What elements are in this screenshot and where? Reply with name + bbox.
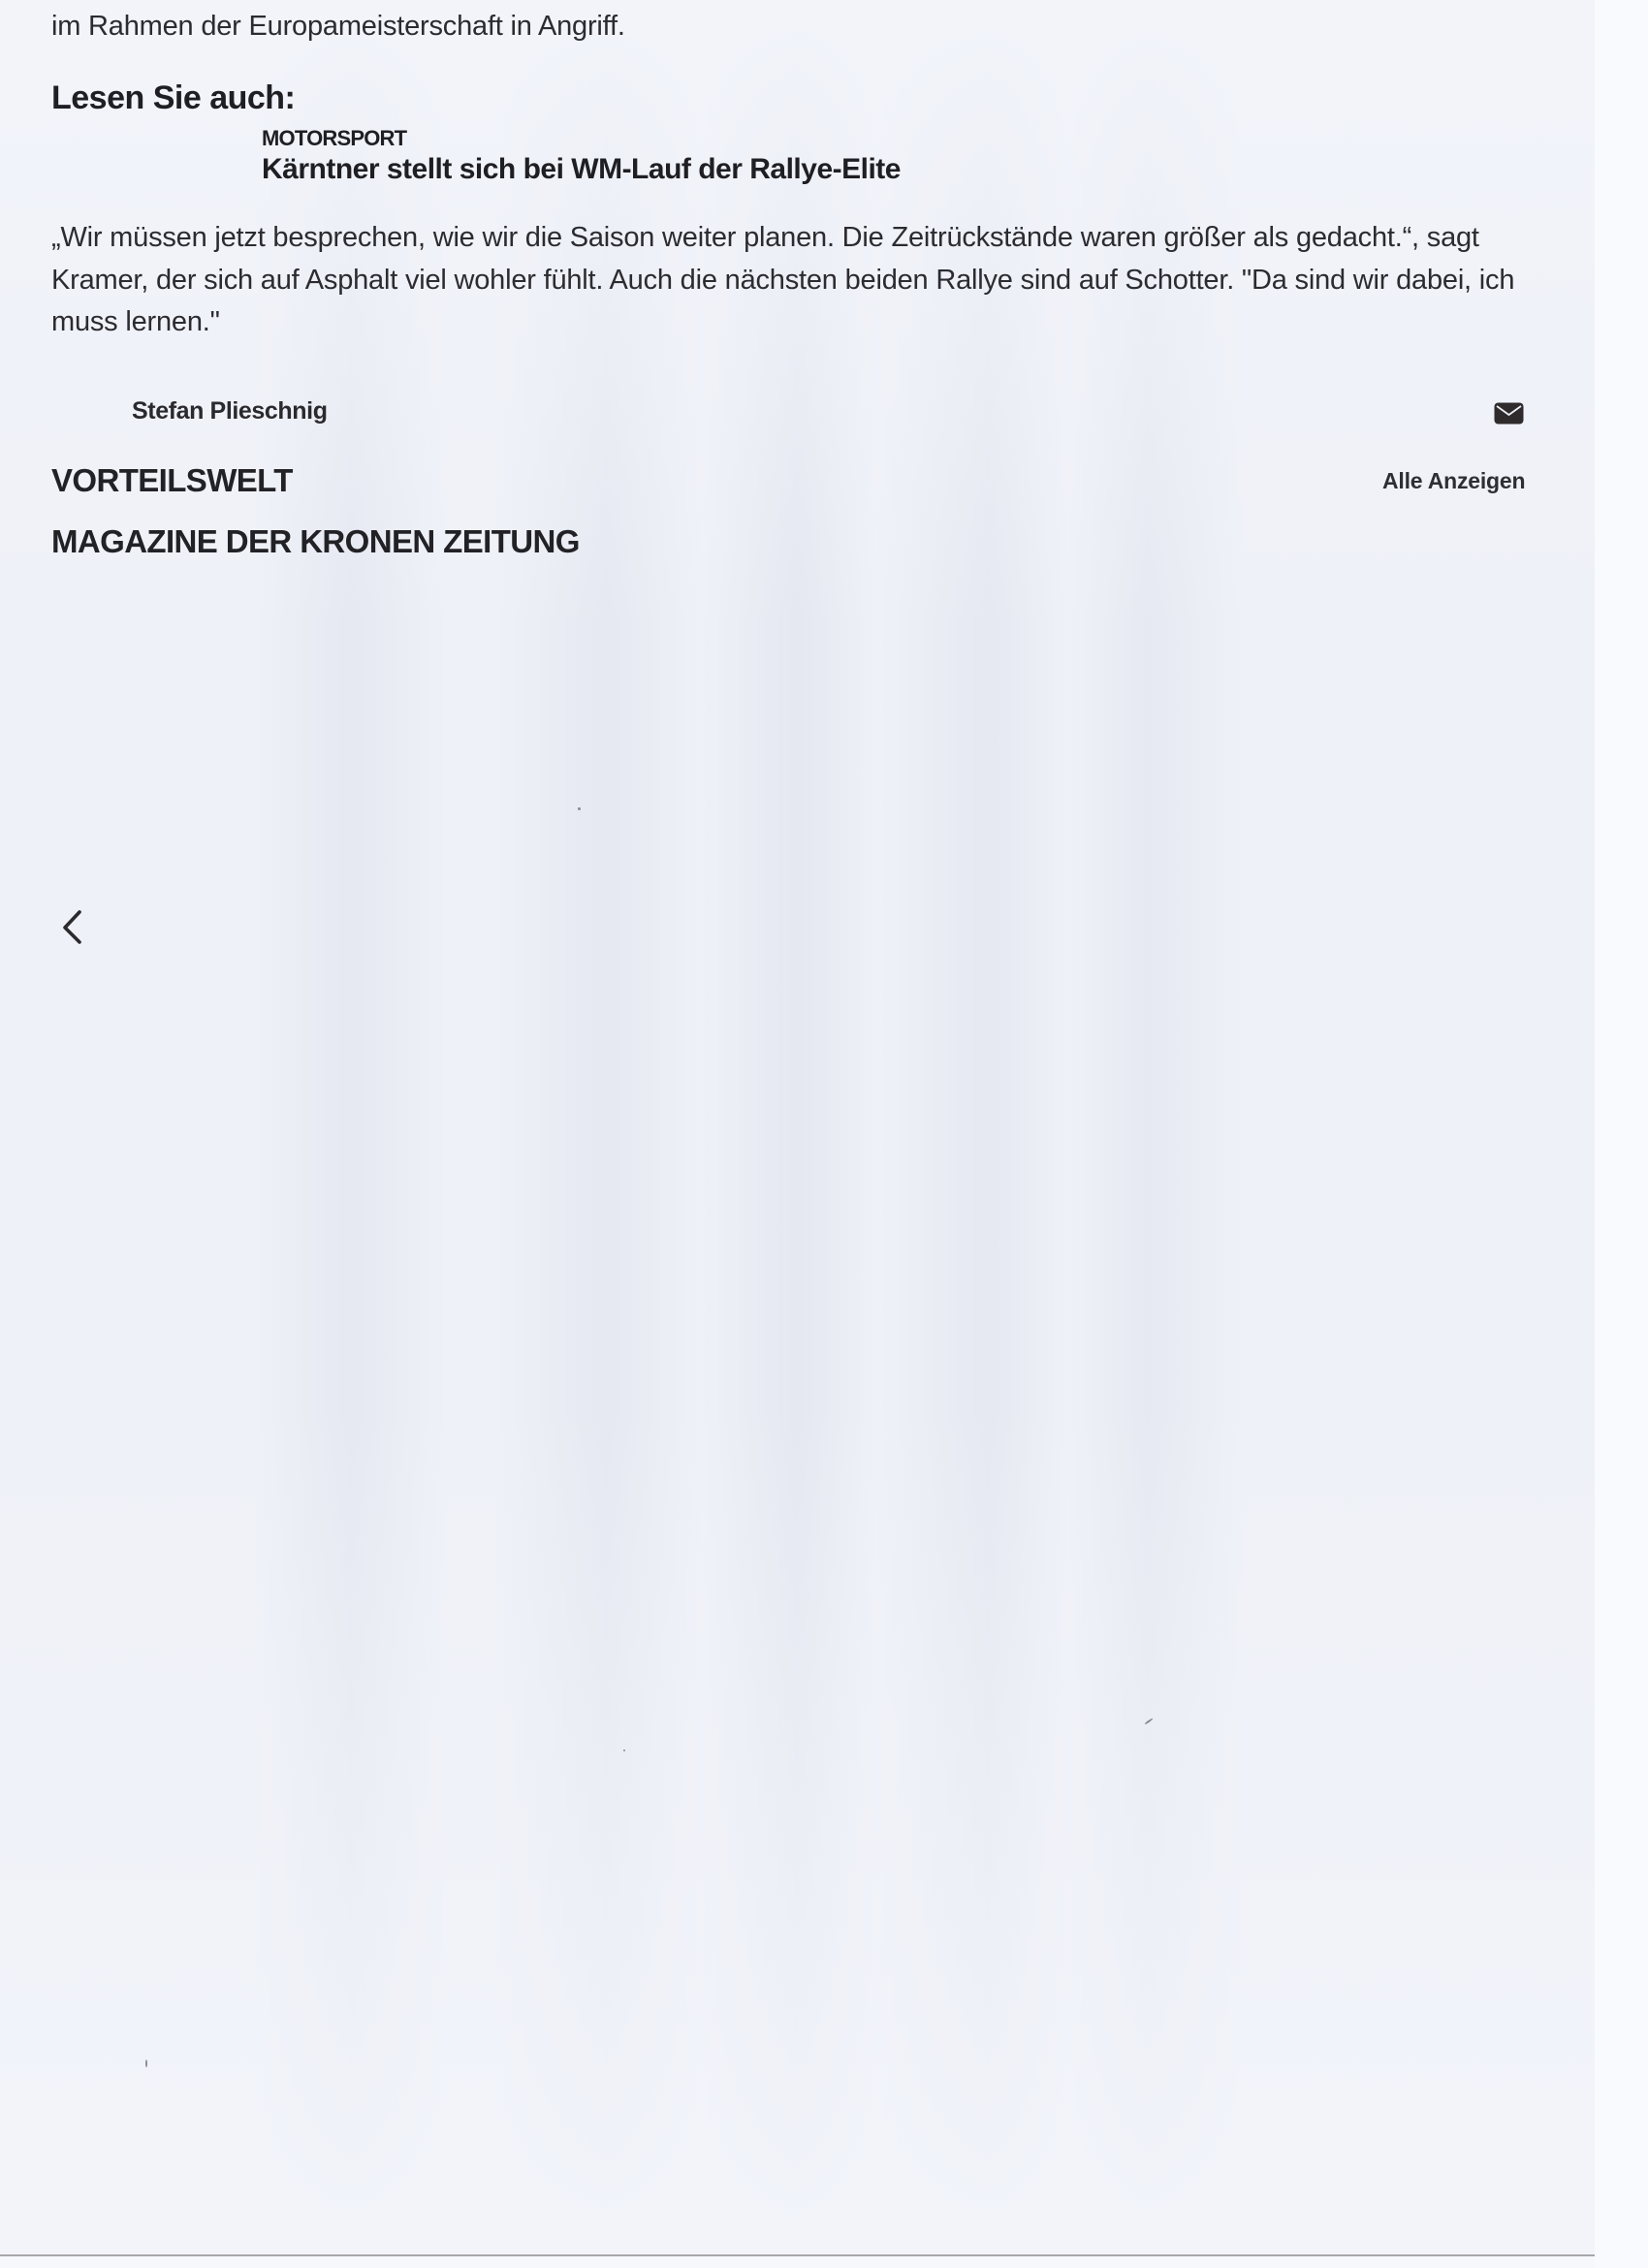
related-articles-heading: Lesen Sie auch: xyxy=(51,79,295,117)
vorteilswelt-heading: VORTEILSWELT xyxy=(51,462,293,499)
scan-speck xyxy=(623,1749,625,1751)
magazine-heading: MAGAZINE DER KRONEN ZEITUNG xyxy=(51,523,580,560)
article-quote-paragraph: „Wir müssen jetzt besprechen, wie wir di… xyxy=(51,217,1544,344)
related-article-link[interactable]: MOTORSPORT Kärntner stellt sich bei WM-L… xyxy=(262,126,901,188)
all-ads-link[interactable]: Alle Anzeigen xyxy=(1382,468,1525,494)
chevron-left-icon[interactable] xyxy=(60,909,87,946)
bottom-edge-line xyxy=(0,2254,1595,2256)
scan-speck xyxy=(578,807,581,810)
related-article-title: Kärntner stellt sich bei WM-Lauf der Ral… xyxy=(262,151,901,188)
author-name: Stefan Plieschnig xyxy=(132,397,328,425)
mail-icon[interactable] xyxy=(1494,402,1524,425)
article-paragraph-end: im Rahmen der Europameisterschaft in Ang… xyxy=(51,6,625,47)
paper-edge xyxy=(1595,0,1648,2268)
scan-speck xyxy=(145,2060,147,2067)
related-article-category: MOTORSPORT xyxy=(262,126,901,151)
